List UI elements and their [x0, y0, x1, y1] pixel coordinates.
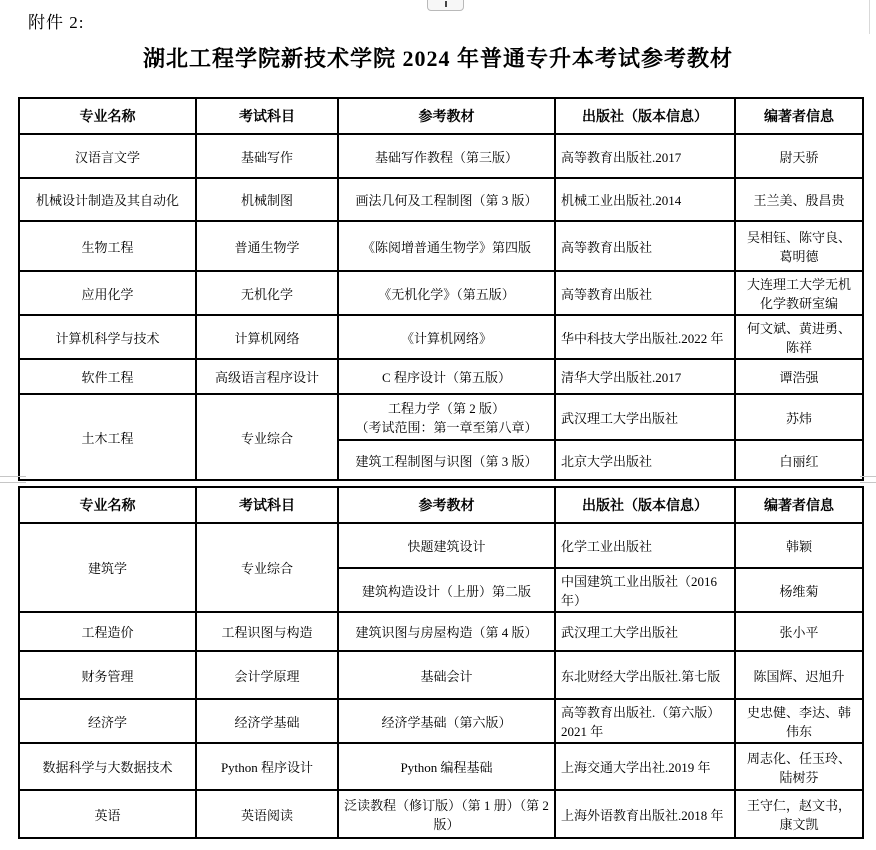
cell-subject: 机械制图 [196, 178, 338, 221]
table-row: 软件工程 高级语言程序设计 C 程序设计（第五版） 清华大学出版社.2017 谭… [19, 359, 863, 394]
table-row: 经济学 经济学基础 经济学基础（第六版） 高等教育出版社.（第六版）2021 年… [19, 699, 863, 743]
col-header-authors: 编著者信息 [735, 487, 863, 523]
col-header-major: 专业名称 [19, 487, 196, 523]
window-edge-line [869, 0, 870, 34]
cell-textbook: 泛读教程（修订版）（第 1 册）（第 2 版） [338, 790, 555, 838]
col-header-textbook: 参考教材 [338, 98, 555, 134]
partial-toolbar-button[interactable] [427, 0, 464, 11]
cell-publisher: 化学工业出版社 [555, 523, 735, 568]
cell-authors: 吴相钰、陈守良、葛明德 [735, 221, 863, 271]
cell-authors: 周志化、任玉玲、陆树芬 [735, 743, 863, 790]
cell-subject: 英语阅读 [196, 790, 338, 838]
cell-textbook: 《计算机网络》 [338, 315, 555, 359]
cell-textbook: 画法几何及工程制图（第 3 版） [338, 178, 555, 221]
cell-publisher: 上海交通大学出社.2019 年 [555, 743, 735, 790]
cell-textbook: 经济学基础（第六版） [338, 699, 555, 743]
cell-major: 生物工程 [19, 221, 196, 271]
cell-authors: 杨维菊 [735, 568, 863, 612]
cell-textbook: Python 编程基础 [338, 743, 555, 790]
col-header-publisher: 出版社（版本信息） [555, 98, 735, 134]
table-row: 工程造价 工程识图与构造 建筑识图与房屋构造（第 4 版） 武汉理工大学出版社 … [19, 612, 863, 651]
table-row: 应用化学 无机化学 《无机化学》（第五版） 高等教育出版社 大连理工大学无机化学… [19, 271, 863, 315]
cell-subject: 基础写作 [196, 134, 338, 178]
attachment-label: 附件 2: [28, 8, 84, 33]
cell-authors: 何文斌、黄进勇、陈祥 [735, 315, 863, 359]
cell-subject: 会计学原理 [196, 651, 338, 699]
cell-authors: 尉天骄 [735, 134, 863, 178]
cell-publisher: 北京大学出版社 [555, 440, 735, 480]
cell-textbook: 《陈阅增普通生物学》第四版 [338, 221, 555, 271]
table-row: 英语 英语阅读 泛读教程（修订版）（第 1 册）（第 2 版） 上海外语教育出版… [19, 790, 863, 838]
reference-table-2: 专业名称 考试科目 参考教材 出版社（版本信息） 编著者信息 建筑学 专业综合 … [18, 486, 864, 839]
cell-publisher: 高等教育出版社.（第六版）2021 年 [555, 699, 735, 743]
cell-subject: 工程识图与构造 [196, 612, 338, 651]
cell-publisher: 高等教育出版社.2017 [555, 134, 735, 178]
page-title: 湖北工程学院新技术学院 2024 年普通专升本考试参考教材 [0, 42, 876, 73]
cell-textbook: 快题建筑设计 [338, 523, 555, 568]
cell-major: 计算机科学与技术 [19, 315, 196, 359]
table-row: 汉语言文学 基础写作 基础写作教程（第三版） 高等教育出版社.2017 尉天骄 [19, 134, 863, 178]
cell-major: 财务管理 [19, 651, 196, 699]
table-row: 数据科学与大数据技术 Python 程序设计 Python 编程基础 上海交通大… [19, 743, 863, 790]
cell-publisher: 华中科技大学出版社.2022 年 [555, 315, 735, 359]
cell-authors: 陈国辉、迟旭升 [735, 651, 863, 699]
cell-textbook: 建筑工程制图与识图（第 3 版） [338, 440, 555, 480]
cell-major: 土木工程 [19, 394, 196, 480]
cell-publisher: 高等教育出版社 [555, 271, 735, 315]
col-header-textbook: 参考教材 [338, 487, 555, 523]
cell-publisher: 武汉理工大学出版社 [555, 612, 735, 651]
cell-publisher: 高等教育出版社 [555, 221, 735, 271]
cell-major: 经济学 [19, 699, 196, 743]
cell-publisher: 机械工业出版社.2014 [555, 178, 735, 221]
table-header-row: 专业名称 考试科目 参考教材 出版社（版本信息） 编著者信息 [19, 98, 863, 134]
cell-publisher: 清华大学出版社.2017 [555, 359, 735, 394]
cell-subject: 普通生物学 [196, 221, 338, 271]
table-row: 土木工程 专业综合 工程力学（第 2 版） （考试范围：第一章至第八章） 武汉理… [19, 394, 863, 440]
table-row: 生物工程 普通生物学 《陈阅增普通生物学》第四版 高等教育出版社 吴相钰、陈守良… [19, 221, 863, 271]
cell-major: 数据科学与大数据技术 [19, 743, 196, 790]
cell-authors: 白丽红 [735, 440, 863, 480]
cell-authors: 大连理工大学无机化学教研室编 [735, 271, 863, 315]
cell-authors: 谭浩强 [735, 359, 863, 394]
table-row: 建筑学 专业综合 快题建筑设计 化学工业出版社 韩颖 [19, 523, 863, 568]
cell-authors: 王兰美、殷昌贵 [735, 178, 863, 221]
cell-textbook: 建筑识图与房屋构造（第 4 版） [338, 612, 555, 651]
cell-major: 应用化学 [19, 271, 196, 315]
cell-textbook: 工程力学（第 2 版） （考试范围：第一章至第八章） [338, 394, 555, 440]
col-header-publisher: 出版社（版本信息） [555, 487, 735, 523]
page-break-mark [860, 476, 876, 477]
cell-subject: 专业综合 [196, 394, 338, 480]
cell-authors: 苏炜 [735, 394, 863, 440]
cell-publisher: 中国建筑工业出版社（2016 年） [555, 568, 735, 612]
cell-publisher: 上海外语教育出版社.2018 年 [555, 790, 735, 838]
cell-authors: 韩颖 [735, 523, 863, 568]
page-break-mark [0, 476, 26, 477]
table-row: 财务管理 会计学原理 基础会计 东北财经大学出版社.第七版 陈国辉、迟旭升 [19, 651, 863, 699]
cell-subject: Python 程序设计 [196, 743, 338, 790]
cell-major: 英语 [19, 790, 196, 838]
cell-major: 工程造价 [19, 612, 196, 651]
col-header-subject: 考试科目 [196, 98, 338, 134]
cell-textbook: 建筑构造设计（上册）第二版 [338, 568, 555, 612]
page-break-mark [0, 482, 26, 483]
col-header-major: 专业名称 [19, 98, 196, 134]
cell-textbook: 基础会计 [338, 651, 555, 699]
cell-subject: 计算机网络 [196, 315, 338, 359]
cell-authors: 史忠健、李达、韩伟东 [735, 699, 863, 743]
table-row: 计算机科学与技术 计算机网络 《计算机网络》 华中科技大学出版社.2022 年 … [19, 315, 863, 359]
partial-button-glyph [445, 1, 447, 7]
cell-subject: 专业综合 [196, 523, 338, 612]
table-header-row: 专业名称 考试科目 参考教材 出版社（版本信息） 编著者信息 [19, 487, 863, 523]
cell-major: 机械设计制造及其自动化 [19, 178, 196, 221]
reference-table-1: 专业名称 考试科目 参考教材 出版社（版本信息） 编著者信息 汉语言文学 基础写… [18, 97, 864, 481]
cell-major: 软件工程 [19, 359, 196, 394]
cell-subject: 高级语言程序设计 [196, 359, 338, 394]
cell-textbook: 基础写作教程（第三版） [338, 134, 555, 178]
col-header-authors: 编著者信息 [735, 98, 863, 134]
cell-major: 汉语言文学 [19, 134, 196, 178]
cell-authors: 王守仁，赵文书，康文凯 [735, 790, 863, 838]
cell-publisher: 东北财经大学出版社.第七版 [555, 651, 735, 699]
cell-subject: 无机化学 [196, 271, 338, 315]
cell-subject: 经济学基础 [196, 699, 338, 743]
col-header-subject: 考试科目 [196, 487, 338, 523]
cell-authors: 张小平 [735, 612, 863, 651]
cell-publisher: 武汉理工大学出版社 [555, 394, 735, 440]
page-break-mark [860, 482, 876, 483]
cell-textbook: C 程序设计（第五版） [338, 359, 555, 394]
cell-major: 建筑学 [19, 523, 196, 612]
table-row: 机械设计制造及其自动化 机械制图 画法几何及工程制图（第 3 版） 机械工业出版… [19, 178, 863, 221]
cell-textbook: 《无机化学》（第五版） [338, 271, 555, 315]
